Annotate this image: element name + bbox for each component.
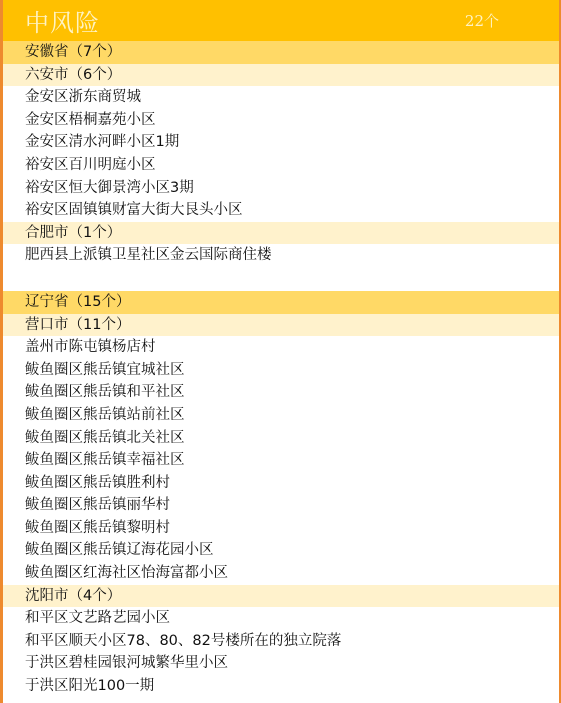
list-item: 于洪区碧桂园银河城繁华里小区 [3, 652, 559, 675]
list-item: 裕安区固镇镇财富大街大艮头小区 [3, 199, 559, 222]
list-item: 盖州市陈屯镇杨店村 [3, 336, 559, 359]
city-row[interactable]: 合肥市（1个） [3, 222, 559, 245]
risk-area-count: 22个 [465, 10, 499, 31]
list-item: 鲅鱼圈区熊岳镇宜城社区 [3, 359, 559, 382]
list-item: 于洪区阳光100一期 [3, 675, 559, 698]
list-item: 金安区浙东商贸城 [3, 86, 559, 109]
list-item: 和平区顺天小区78、80、82号楼所在的独立院落 [3, 630, 559, 653]
list-item: 鲅鱼圈区红海社区怡海富都小区 [3, 562, 559, 585]
risk-level-header[interactable]: 中风险 22个 [3, 0, 559, 41]
province-row[interactable]: 辽宁省（15个） [3, 291, 559, 314]
list-item: 鲅鱼圈区熊岳镇黎明村 [3, 517, 559, 540]
list-item: 和平区文艺路艺园小区 [3, 607, 559, 630]
list-item: 鲅鱼圈区熊岳镇胜利村 [3, 472, 559, 495]
province-row[interactable]: 安徽省（7个） [3, 41, 559, 64]
section-spacer [3, 267, 559, 291]
city-row[interactable]: 营口市（11个） [3, 314, 559, 337]
city-row[interactable]: 六安市（6个） [3, 64, 559, 87]
province-section: 辽宁省（15个） 营口市（11个） 盖州市陈屯镇杨店村 鲅鱼圈区熊岳镇宜城社区 … [3, 291, 559, 698]
list-item: 鲅鱼圈区熊岳镇和平社区 [3, 381, 559, 404]
risk-area-panel: 中风险 22个 安徽省（7个） 六安市（6个） 金安区浙东商贸城 金安区梧桐嘉苑… [0, 0, 561, 703]
list-item: 鲅鱼圈区熊岳镇北关社区 [3, 427, 559, 450]
list-item: 金安区清水河畔小区1期 [3, 131, 559, 154]
province-section: 安徽省（7个） 六安市（6个） 金安区浙东商贸城 金安区梧桐嘉苑小区 金安区清水… [3, 41, 559, 291]
list-item: 鲅鱼圈区熊岳镇丽华村 [3, 494, 559, 517]
risk-level-title: 中风险 [25, 3, 100, 38]
list-item: 金安区梧桐嘉苑小区 [3, 109, 559, 132]
list-item: 鲅鱼圈区熊岳镇辽海花园小区 [3, 539, 559, 562]
list-item: 裕安区百川明庭小区 [3, 154, 559, 177]
list-item: 鲅鱼圈区熊岳镇站前社区 [3, 404, 559, 427]
city-row[interactable]: 沈阳市（4个） [3, 585, 559, 608]
list-item: 裕安区恒大御景湾小区3期 [3, 177, 559, 200]
list-item: 鲅鱼圈区熊岳镇幸福社区 [3, 449, 559, 472]
list-item: 肥西县上派镇卫星社区金云国际商住楼 [3, 244, 559, 267]
